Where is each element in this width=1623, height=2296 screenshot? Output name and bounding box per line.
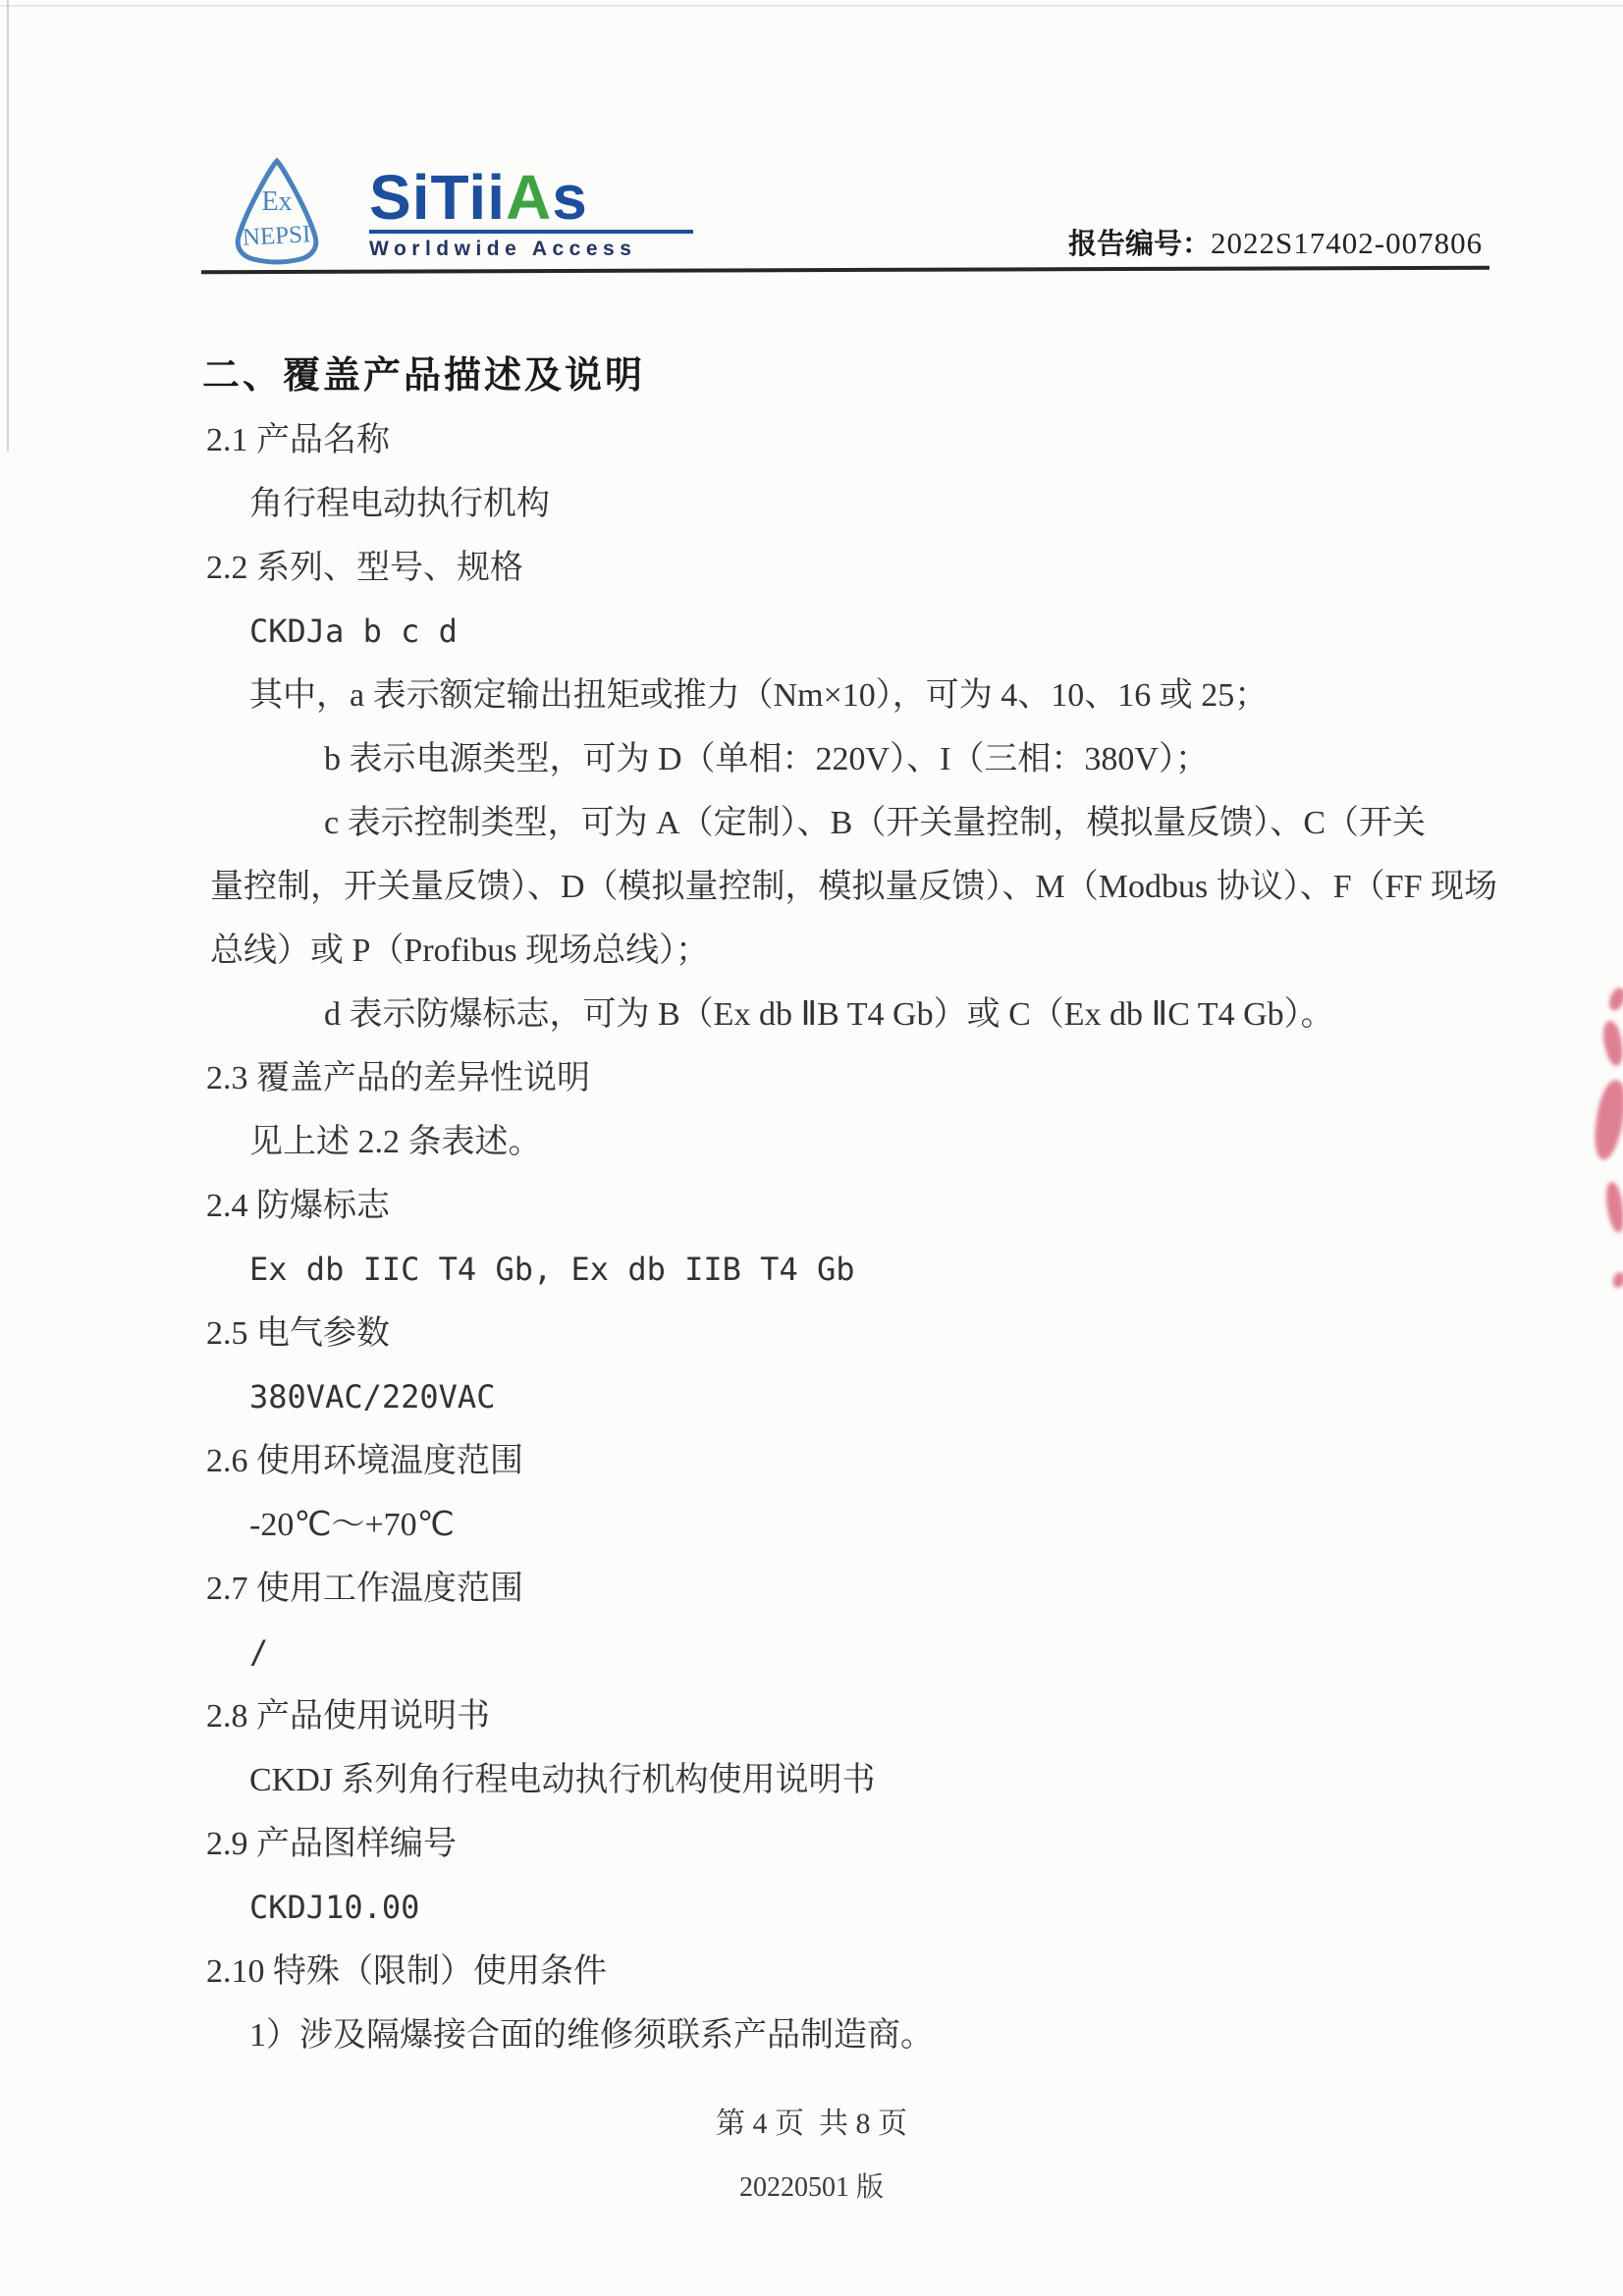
content-code-c-wrap1: 量控制，开关量反馈）、D（模拟量控制，模拟量反馈）、M（Modbus 协议）、F… — [0, 855, 1623, 919]
content-code-c-wrap2: 总线）或 P（Profibus 现场总线）； — [0, 919, 1623, 983]
heading-2-3: 2.3 覆盖产品的差异性说明 — [0, 1046, 1623, 1110]
heading-2-2: 2.2 系列、型号、规格 — [0, 536, 1623, 600]
scan-edge-artifact — [0, 5, 1623, 7]
heading-2-4: 2.4 防爆标志 — [0, 1174, 1623, 1238]
nepsi-ex-text: Ex — [261, 187, 292, 217]
content-ambient-temp: -20℃～+70℃ — [0, 1493, 1623, 1557]
heading-2-7: 2.7 使用工作温度范围 — [0, 1557, 1623, 1621]
logo-group: Ex NEPSI SiTiiAs Worldwide Access — [218, 153, 693, 269]
heading-2-8: 2.8 产品使用说明书 — [0, 1684, 1623, 1748]
document-body: 二、覆盖产品描述及说明 2.1 产品名称 角行程电动执行机构 2.2 系列、型号… — [0, 344, 1623, 2067]
content-difference-note: 见上述 2.2 条表述。 — [0, 1110, 1623, 1174]
content-code-a: 其中，a 表示额定输出扭矩或推力（Nm×10），可为 4、10、16 或 25； — [0, 664, 1623, 727]
content-code-b: b 表示电源类型，可为 D（单相：220V）、I（三相：380V）； — [0, 727, 1623, 791]
report-number-label: 报告编号： — [1068, 229, 1211, 260]
heading-2-9: 2.9 产品图样编号 — [0, 1812, 1623, 1876]
nepsi-name-text: NEPSI — [242, 221, 311, 251]
content-working-temp: / — [0, 1621, 1623, 1684]
page-number: 第 4 页 共 8 页 — [0, 2099, 1623, 2142]
content-drawing-number: CKDJ10.00 — [0, 1876, 1623, 1940]
sitiias-logo: SiTiiAs Worldwide Access — [369, 169, 693, 261]
heading-2-10: 2.10 特殊（限制）使用条件 — [0, 1940, 1623, 2003]
content-model-code: CKDJa b c d — [0, 600, 1623, 664]
wordmark-blue-right: s — [552, 162, 588, 233]
content-code-d: d 表示防爆标志，可为 B（Ex db ⅡB T4 Gb）或 C（Ex db Ⅱ… — [0, 983, 1623, 1046]
content-code-c: c 表示控制类型，可为 A（定制）、B（开关量控制，模拟量反馈）、C（开关 — [0, 791, 1623, 855]
document-page: Ex NEPSI SiTiiAs Worldwide Access 报告编号：2… — [0, 0, 1623, 2296]
sitiias-wordmark: SiTiiAs — [369, 169, 693, 226]
heading-2-5: 2.5 电气参数 — [0, 1302, 1623, 1365]
content-electrical-params: 380VAC/220VAC — [0, 1365, 1623, 1429]
wordmark-green-a: A — [506, 162, 552, 233]
content-product-name: 角行程电动执行机构 — [0, 472, 1623, 536]
content-ex-marking: Ex db IIC T4 Gb, Ex db IIB T4 Gb — [0, 1238, 1623, 1302]
document-version: 20220501 版 — [0, 2165, 1623, 2205]
report-number: 报告编号：2022S17402-007806 — [1068, 222, 1483, 262]
wordmark-blue-left: SiTii — [369, 162, 506, 233]
content-manual-name: CKDJ 系列角行程电动执行机构使用说明书 — [0, 1748, 1623, 1812]
nepsi-ex-certification-icon: Ex NEPSI — [218, 153, 336, 269]
heading-2-6: 2.6 使用环境温度范围 — [0, 1429, 1623, 1493]
section-title: 二、覆盖产品描述及说明 — [0, 344, 1623, 408]
report-number-value: 2022S17402-007806 — [1211, 226, 1483, 260]
logo-tagline: Worldwide Access — [369, 238, 693, 261]
content-special-condition: 1）涉及隔爆接合面的维修须联系产品制造商。 — [0, 2003, 1623, 2067]
heading-2-1: 2.1 产品名称 — [0, 408, 1623, 472]
